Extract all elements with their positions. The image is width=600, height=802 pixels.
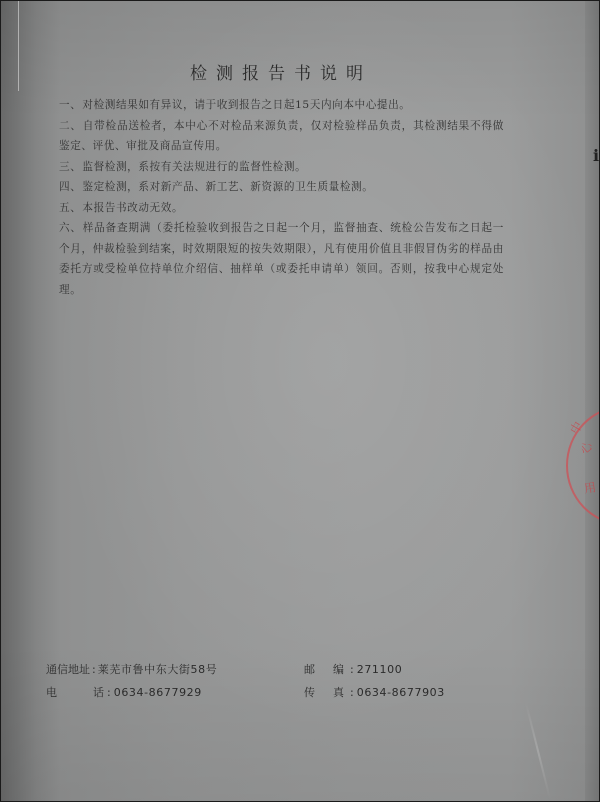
fax-field: 传 真:0634-8677903	[304, 681, 445, 704]
address-field: 通信地址:莱芜市鲁中东大街58号	[46, 658, 304, 681]
contact-row-2: 电 话:0634-8677929 传 真:0634-8677903	[46, 681, 526, 704]
clause-2: 二、自带检品送检者，本中心不对检品来源负责，仅对检验样品负责，其检测结果不得做鉴…	[59, 116, 504, 157]
seal-text: 中 心 用	[568, 411, 599, 521]
postcode-field: 邮 编:271100	[304, 658, 402, 681]
clause-3: 三、监督检测，系按有关法规进行的监督性检测。	[59, 157, 504, 178]
document-title: 检测报告书说明	[1, 59, 561, 84]
address-label: 通信地址	[46, 658, 90, 681]
fax-value: 0634-8677903	[357, 681, 445, 704]
clause-6: 六、样品备查期满（委托检验收到报告之日起一个月，监督抽查、统检公告发布之日起一个…	[59, 218, 504, 300]
phone-field: 电 话:0634-8677929	[46, 681, 304, 704]
paper-crease	[525, 702, 551, 800]
adjacent-page-char: i	[593, 146, 599, 165]
postcode-value: 271100	[357, 658, 403, 681]
clause-4: 四、鉴定检测，系对新产品、新工艺、新资源的卫生质量检测。	[59, 177, 504, 198]
phone-value: 0634-8677929	[114, 681, 202, 704]
contact-footer: 通信地址:莱芜市鲁中东大街58号 邮 编:271100 电 话:0634-867…	[46, 658, 526, 704]
contact-row-1: 通信地址:莱芜市鲁中东大街58号 邮 编:271100	[46, 658, 526, 681]
clause-list: 一、对检测结果如有异议，请于收到报告之日起15天内向本中心提出。 二、自带检品送…	[59, 95, 504, 300]
postcode-label: 邮 编	[304, 658, 344, 681]
clause-1: 一、对检测结果如有异议，请于收到报告之日起15天内向本中心提出。	[59, 95, 504, 116]
clause-5: 五、本报告书改动无效。	[59, 198, 504, 219]
page-edge-shadow	[585, 1, 599, 801]
fax-label: 传 真	[304, 681, 344, 704]
address-value: 莱芜市鲁中东大街58号	[98, 658, 218, 681]
document-photo: 检测报告书说明 一、对检测结果如有异议，请于收到报告之日起15天内向本中心提出。…	[1, 1, 599, 801]
phone-label: 电 话	[46, 681, 104, 704]
